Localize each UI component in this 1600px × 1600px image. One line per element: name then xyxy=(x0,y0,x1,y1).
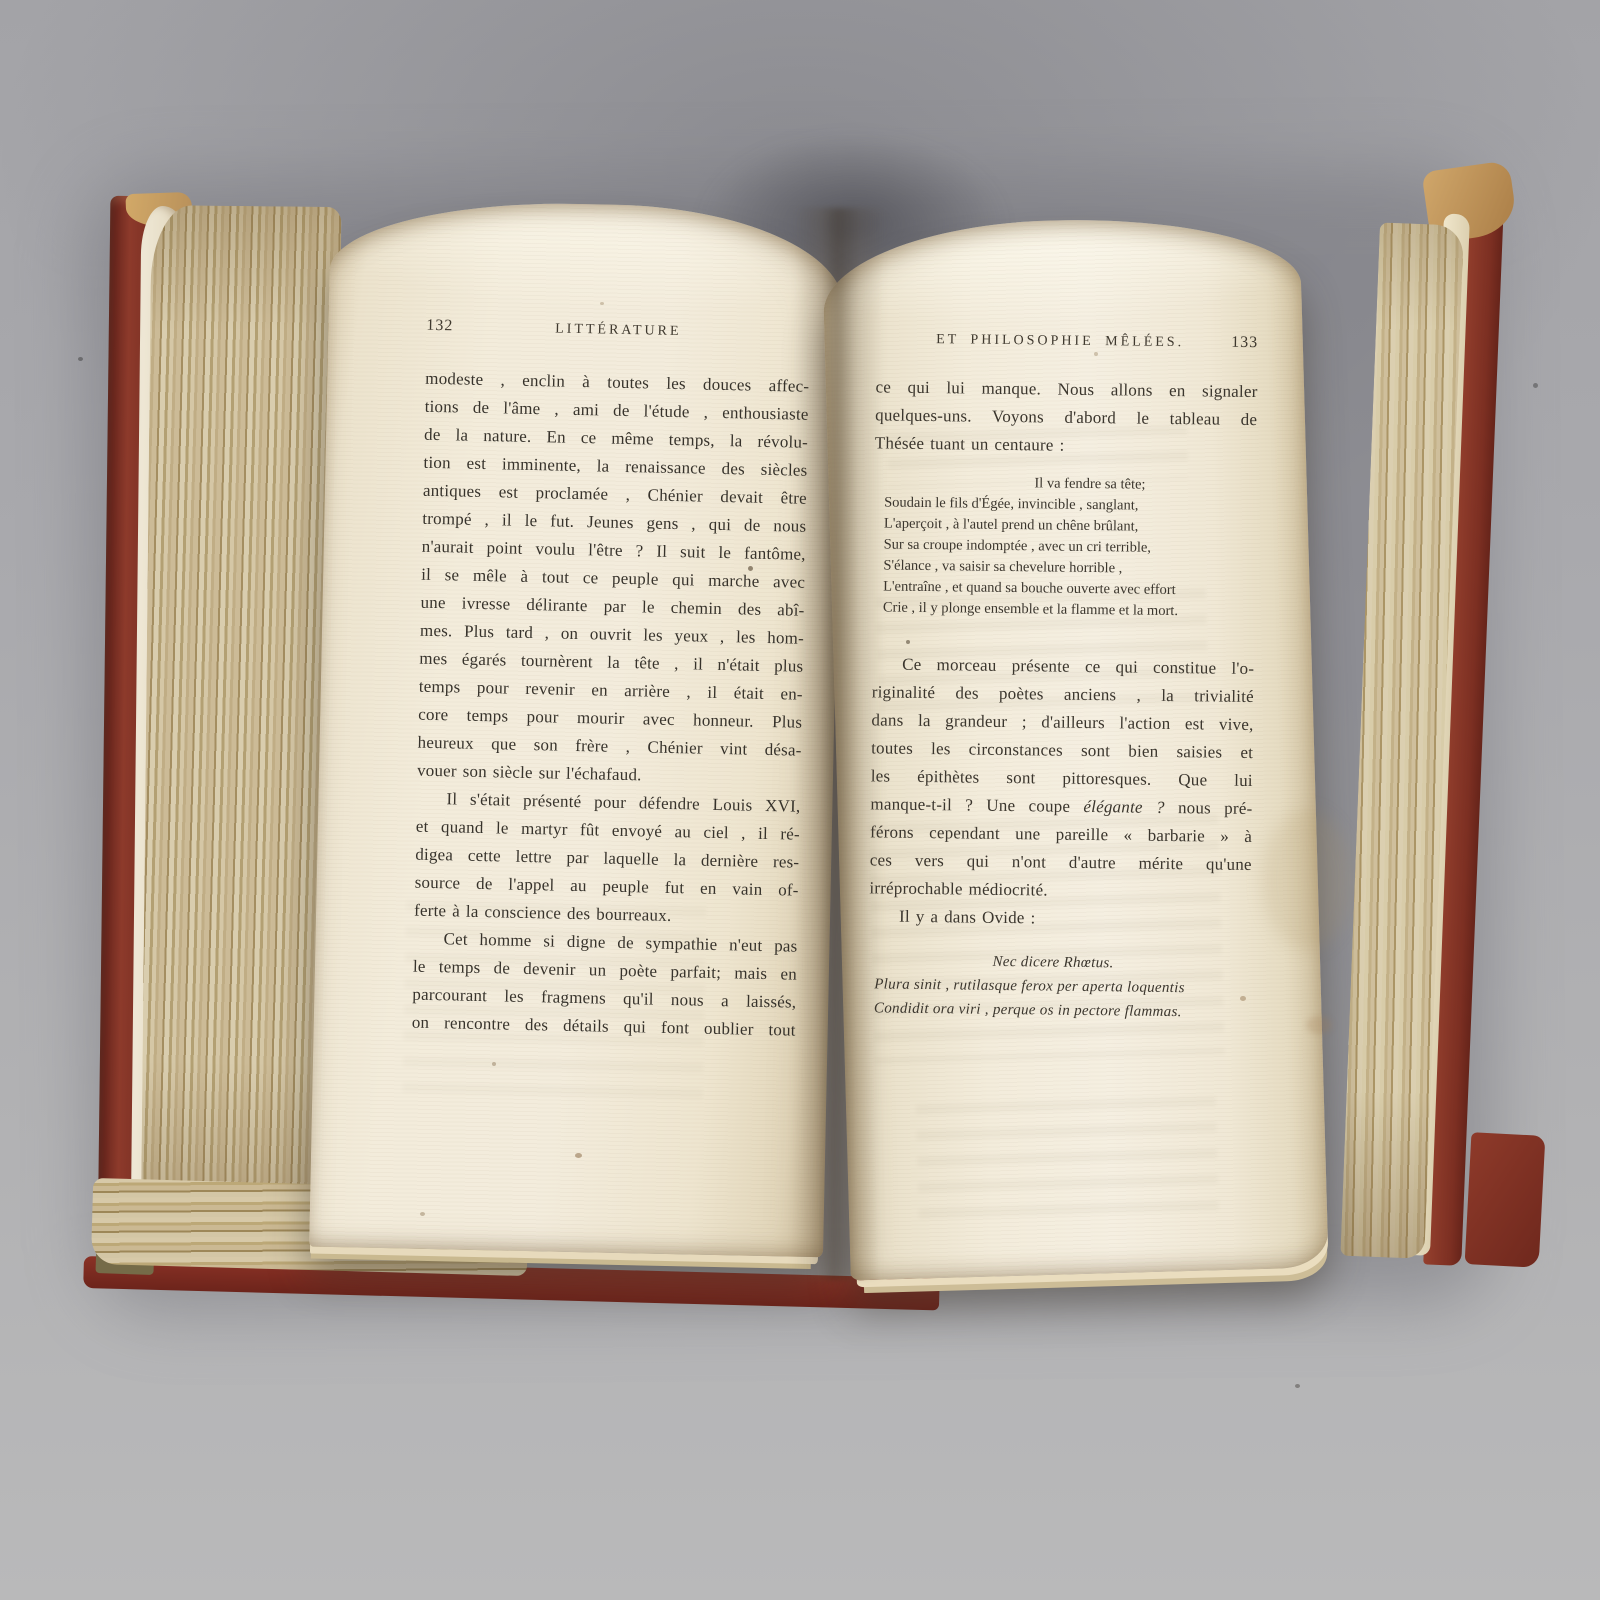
left-page: 132 LITTÉRATURE modeste , enclin à toute… xyxy=(309,199,845,1258)
page-number: 133 xyxy=(1198,333,1258,352)
ovid-intro: Il y a dans Ovide : xyxy=(869,902,1251,935)
text-line: Il va fendre sa tête; xyxy=(1034,473,1256,497)
photo-background: 132 LITTÉRATURE modeste , enclin à toute… xyxy=(0,0,1600,1600)
commentary-paragraph: Ce morceau présente ce qui constitue l'o… xyxy=(869,650,1254,907)
left-page-header: 132 LITTÉRATURE xyxy=(426,317,810,343)
text-line: Condidit ora viri , perque os in pectore… xyxy=(874,996,1250,1025)
text-line: Nec dicere Rhœtus. xyxy=(992,950,1250,977)
body-paragraph-1: modeste , enclin à toutes les douces aff… xyxy=(417,365,810,793)
bleed-through-text xyxy=(916,1096,1219,1224)
text-line: Crie , il y plonge ensemble et la flamme… xyxy=(883,597,1255,623)
book-cover-corner-bottom-right xyxy=(1465,1132,1546,1268)
body-paragraph-3: Cet homme si digne de sympathie n'eut pa… xyxy=(412,925,798,1045)
right-page-text: ET PHILOSOPHIE MÊLÉES. 133 ce qui lui ma… xyxy=(868,329,1258,1025)
running-title: ET PHILOSOPHIE MÊLÉES. xyxy=(922,332,1198,351)
header-spacer xyxy=(746,336,810,337)
dust-speck xyxy=(78,357,83,361)
header-spacer xyxy=(876,342,922,343)
body-paragraph-2: Il s'était présenté pour défendre Louis … xyxy=(414,785,801,933)
ovid-latin-verse: Nec dicere Rhœtus.Plura sinit , rutilasq… xyxy=(874,948,1251,1025)
right-page-header: ET PHILOSOPHIE MÊLÉES. 133 xyxy=(876,329,1258,352)
text-line: Il y a dans Ovide : xyxy=(869,902,1251,935)
dust-speck xyxy=(1533,383,1538,388)
right-page-body: ce qui lui manque. Nous allons en signal… xyxy=(868,373,1258,1025)
page-number: 132 xyxy=(426,317,490,336)
intro-paragraph: ce qui lui manque. Nous allons en signal… xyxy=(875,373,1258,462)
theseus-verse: Il va fendre sa tête;Soudain le fils d'É… xyxy=(883,471,1257,623)
running-title: LITTÉRATURE xyxy=(490,320,746,341)
right-page: ET PHILOSOPHIE MÊLÉES. 133 ce qui lui ma… xyxy=(821,214,1328,1281)
left-page-body: modeste , enclin à toutes les douces aff… xyxy=(412,365,810,1045)
dust-speck xyxy=(1295,1384,1300,1388)
text-line: Thésée tuant un centaure : xyxy=(875,429,1257,462)
left-page-text: 132 LITTÉRATURE modeste , enclin à toute… xyxy=(412,317,811,1045)
